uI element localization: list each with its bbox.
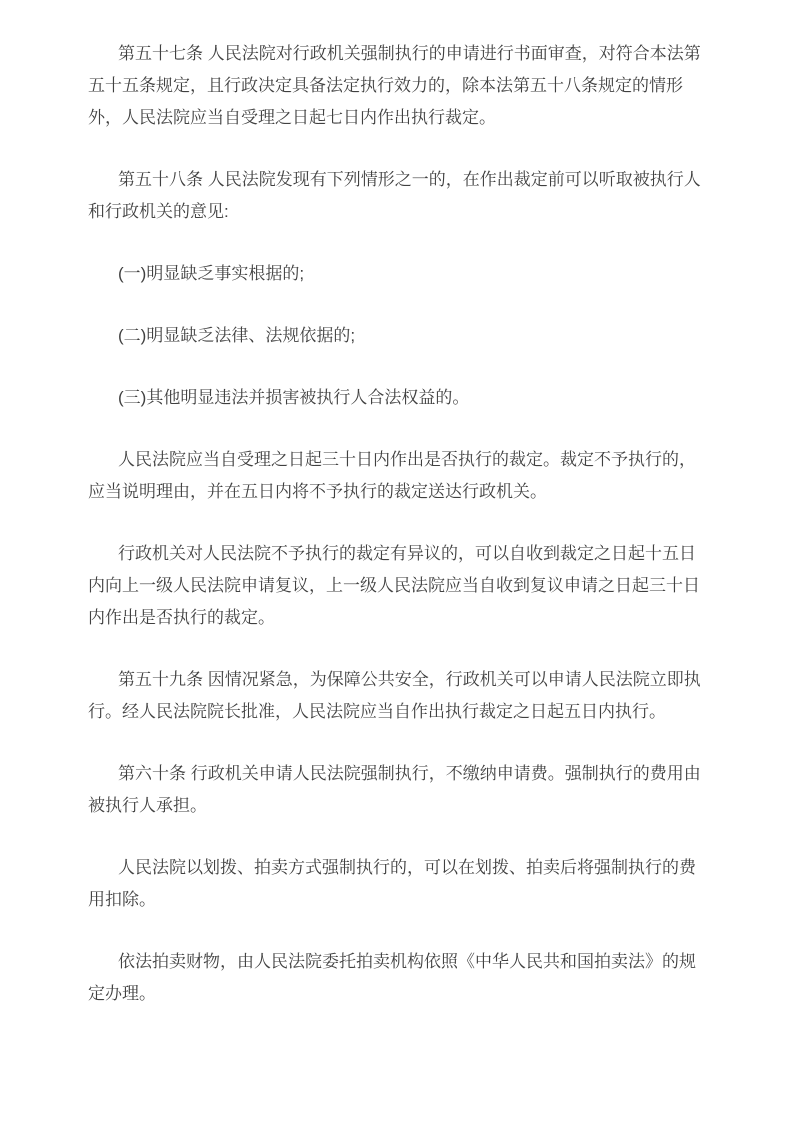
article-58-para-3: 行政机关对人民法院不予执行的裁定有异议的，可以自收到裁定之日起十五日内向上一级人…: [88, 538, 703, 634]
article-58-item-3: (三)其他明显违法并损害被执行人合法权益的。: [88, 382, 703, 414]
document-page: 第五十七条 人民法院对行政机关强制执行的申请进行书面审查，对符合本法第五十五条规…: [0, 0, 793, 1122]
article-58-para-2: 人民法院应当自受理之日起三十日内作出是否执行的裁定。裁定不予执行的，应当说明理由…: [88, 444, 703, 508]
article-58-intro: 第五十八条 人民法院发现有下列情形之一的，在作出裁定前可以听取被执行人和行政机关…: [88, 164, 703, 228]
article-57-text: 第五十七条 人民法院对行政机关强制执行的申请进行书面审查，对符合本法第五十五条规…: [88, 38, 703, 134]
article-60-para-3: 依法拍卖财物，由人民法院委托拍卖机构依照《中华人民共和国拍卖法》的规定办理。: [88, 946, 703, 1010]
article-60-para-2: 人民法院以划拨、拍卖方式强制执行的，可以在划拨、拍卖后将强制执行的费用扣除。: [88, 852, 703, 916]
article-58-item-1: (一)明显缺乏事实根据的;: [88, 258, 703, 290]
article-60-para-1: 第六十条 行政机关申请人民法院强制执行，不缴纳申请费。强制执行的费用由被执行人承…: [88, 758, 703, 822]
article-59-text: 第五十九条 因情况紧急，为保障公共安全，行政机关可以申请人民法院立即执行。经人民…: [88, 664, 703, 728]
article-58-item-2: (二)明显缺乏法律、法规依据的;: [88, 320, 703, 352]
